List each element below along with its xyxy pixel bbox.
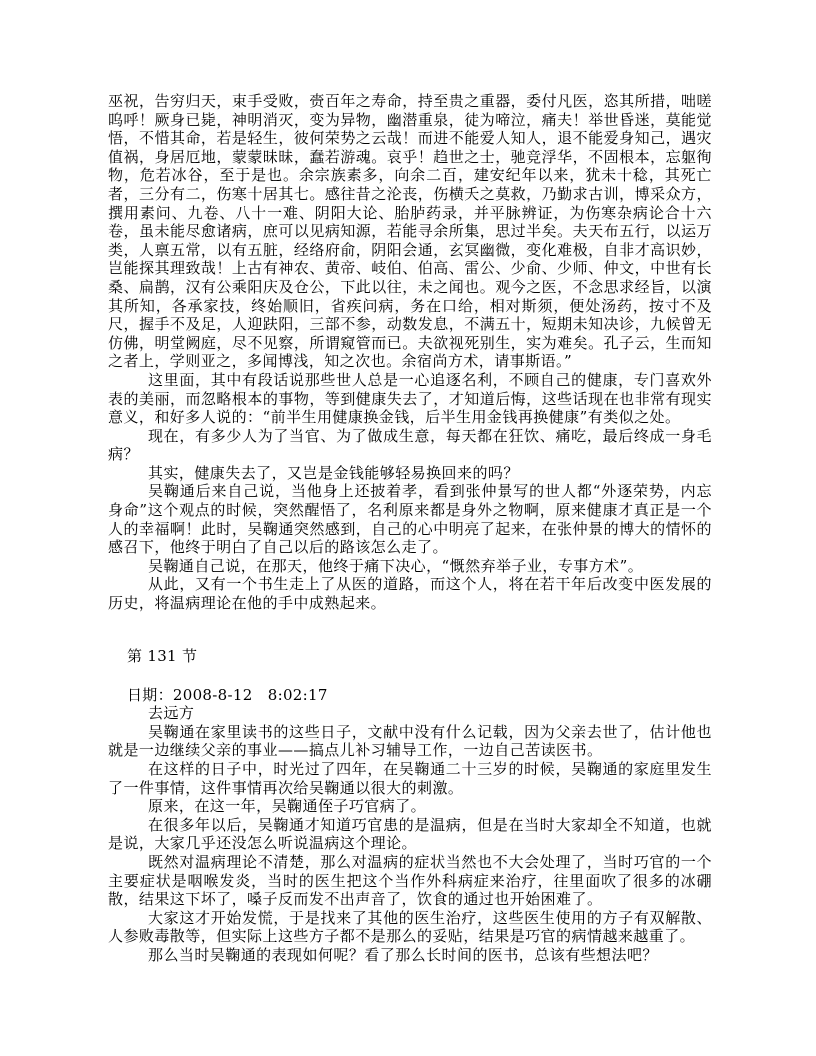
section-heading: 第 131 节 — [127, 647, 712, 666]
paragraph: 从此，又有一个书生走上了从医的道路，而这个人，将在若干年后改变中医发展的历史，将… — [108, 575, 712, 612]
post-date: 日期：2008-8-12 8:02:17 — [127, 686, 712, 705]
paragraph: 吴鞠通后来自己说，当他身上还披着孝，看到张仲景写的世人都“外逐荣势，内忘身命”这… — [108, 482, 712, 556]
paragraph: 其实，健康失去了，又岂是金钱能够轻易换回来的吗？ — [108, 464, 712, 483]
document-body-section-1: 巫祝，告穷归天，束手受败，赍百年之寿命，持至贵之重器，委付凡医，恣其所措，咄嗟呜… — [108, 92, 712, 613]
paragraph: 既然对温病理论不清楚，那么对温病的症状当然也不大会处理了，当时巧官的一个主要症状… — [108, 853, 712, 909]
paragraph: 原来，在这一年，吴鞠通侄子巧官病了。 — [108, 797, 712, 816]
paragraph: 那么当时吴鞠通的表现如何呢？看了那么长时间的医书，总该有些想法吧？ — [108, 946, 712, 965]
quoted-preface-paragraph: 巫祝，告穷归天，束手受败，赍百年之寿命，持至贵之重器，委付凡医，恣其所措，咄嗟呜… — [108, 92, 712, 371]
paragraph: 吴鞠通在家里读书的这些日子，文献中没有什么记载，因为父亲去世了，估计他也就是一边… — [108, 723, 712, 760]
paragraph: 在这样的日子中，时光过了四年，在吴鞠通二十三岁的时候，吴鞠通的家庭里发生了一件事… — [108, 760, 712, 797]
paragraph: 现在，有多少人为了当官、为了做成生意，每天都在狂饮、痛吃，最后终成一身毛病？ — [108, 427, 712, 464]
paragraph: 这里面，其中有段话说那些世人总是一心追逐名利，不顾自己的健康，专门喜欢外表的美丽… — [108, 371, 712, 427]
paragraph: 在很多年以后，吴鞠通才知道巧官患的是温病，但是在当时大家却全不知道，也就是说，大… — [108, 816, 712, 853]
chapter-subtitle: 去远方 — [108, 704, 712, 723]
paragraph: 吴鞠通自己说，在那天，他终于痛下决心，“慨然弃举子业，专事方术”。 — [108, 557, 712, 576]
paragraph: 大家这才开始发慌，于是找来了其他的医生治疗，这些医生使用的方子有双解散、人参败毒… — [108, 909, 712, 946]
document-body-section-2: 第 131 节 日期：2008-8-12 8:02:17 去远方 吴鞠通在家里读… — [108, 647, 712, 965]
